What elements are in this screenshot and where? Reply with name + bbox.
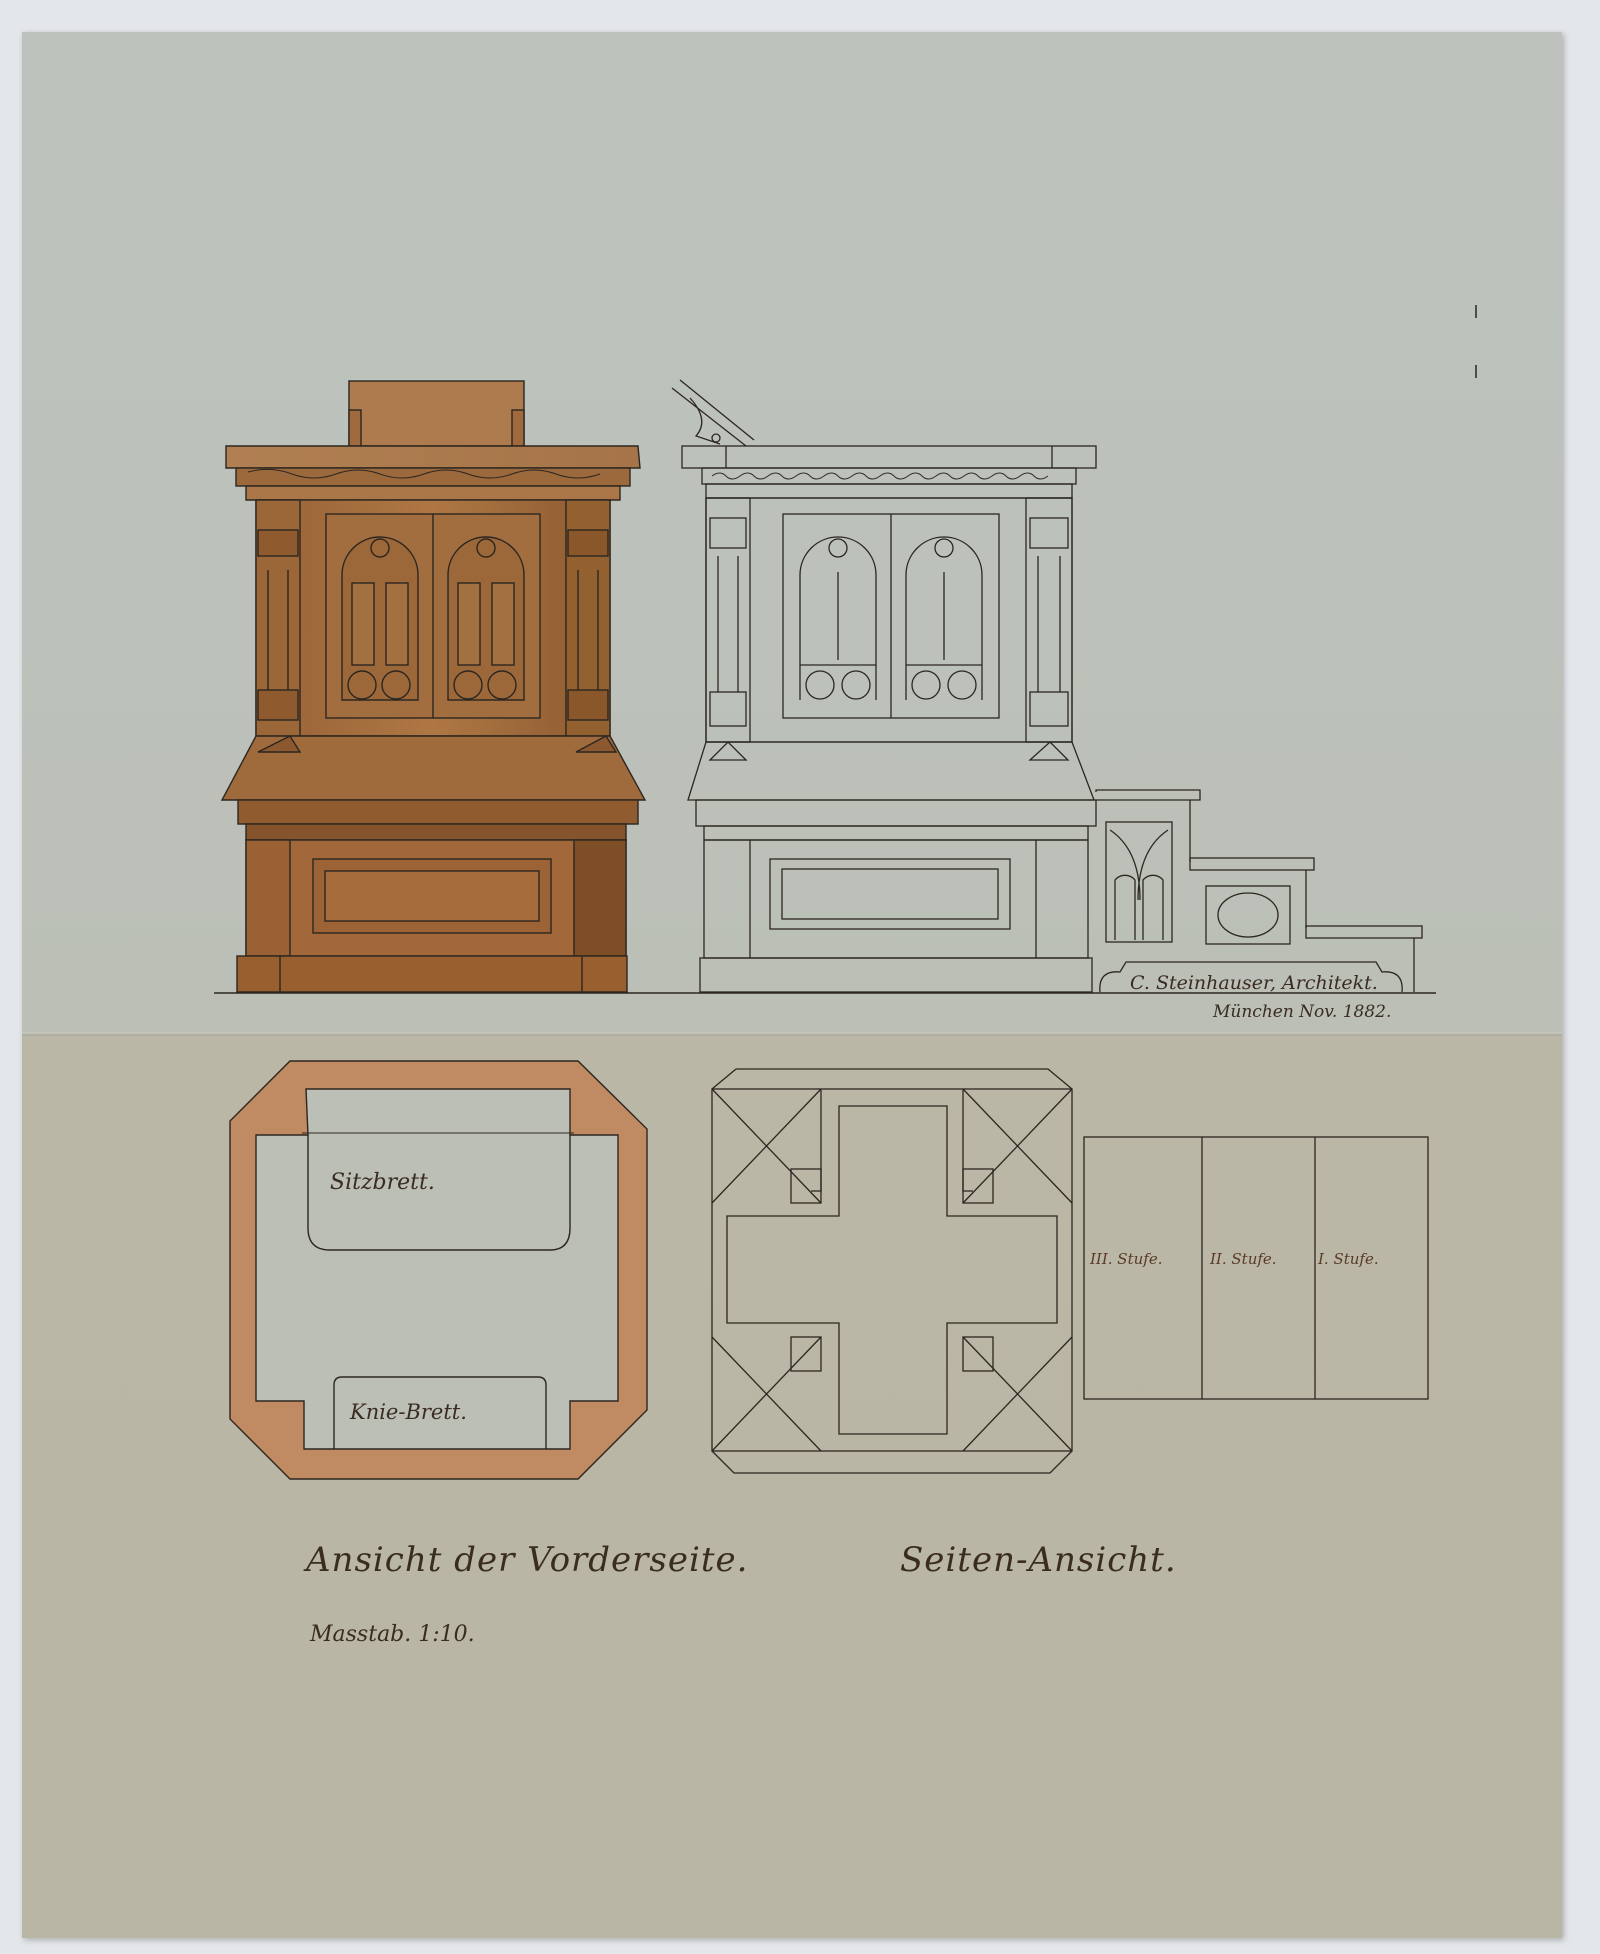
place-and-date: München Nov. 1882. xyxy=(1213,1002,1391,1022)
side-elevation xyxy=(672,380,1422,992)
scale-caption: Masstab. 1:10. xyxy=(310,1622,475,1647)
architect-signature: C. Steinhauser, Architekt. xyxy=(1130,972,1378,994)
seat-board-label: Sitzbrett. xyxy=(330,1170,435,1195)
front-elevation xyxy=(222,381,645,992)
step-2-label: II. Stufe. xyxy=(1210,1250,1277,1268)
kneeler-board-label: Knie-Brett. xyxy=(350,1400,467,1424)
side-view-title: Seiten-Ansicht. xyxy=(900,1540,1177,1580)
side-plan xyxy=(712,1069,1428,1473)
step-3-label: III. Stufe. xyxy=(1090,1250,1162,1268)
front-view-title: Ansicht der Vorderseite. xyxy=(306,1540,748,1580)
step-1-label: I. Stufe. xyxy=(1318,1250,1379,1268)
